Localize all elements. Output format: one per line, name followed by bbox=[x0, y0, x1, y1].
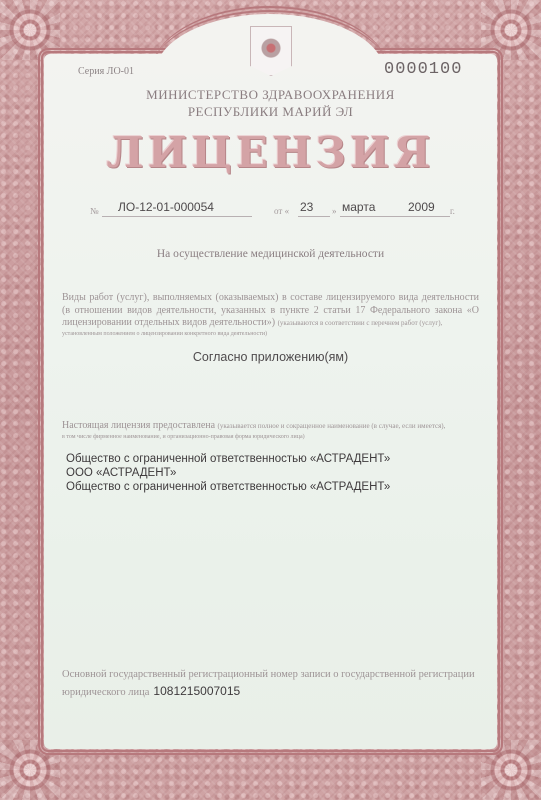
licensee-section: Настоящая лицензия предоставлена (указыв… bbox=[62, 420, 479, 443]
licensee-short-name: ООО «АСТРАДЕНТ» bbox=[66, 466, 390, 480]
month-year-underline bbox=[340, 216, 450, 217]
document-title: ЛИЦЕНЗИЯ bbox=[0, 128, 541, 177]
ogrn-label-line1: Основной государственный регистрационный… bbox=[62, 666, 479, 683]
day-underline bbox=[298, 216, 330, 217]
licensee-names: Общество с ограниченной ответственностью… bbox=[66, 452, 390, 494]
ogrn-label-line2: юридического лица bbox=[62, 687, 149, 698]
licensee-full-name: Общество с ограниченной ответственностью… bbox=[66, 452, 390, 466]
day-close-quote: » bbox=[332, 206, 337, 216]
date-from-label: от « bbox=[274, 206, 289, 216]
ogrn-value: 1081215007015 bbox=[153, 684, 240, 698]
licensee-label: Настоящая лицензия предоставлена bbox=[62, 420, 215, 431]
license-year: 2009 bbox=[408, 200, 435, 214]
authority-line-2: РЕСПУБЛИКИ МАРИЙ ЭЛ bbox=[0, 103, 541, 120]
works-note: (указываются в соответствии с перечнем р… bbox=[278, 319, 443, 327]
year-suffix: г. bbox=[450, 206, 455, 216]
licensee-note: (указывается полное и сокращенное наимен… bbox=[218, 422, 446, 430]
issuing-authority: МИНИСТЕРСТВО ЗДРАВООХРАНЕНИЯ РЕСПУБЛИКИ … bbox=[0, 86, 541, 120]
license-month: марта bbox=[342, 200, 375, 214]
licensee-note-line2: в том числе фирменное наименование, и ор… bbox=[62, 432, 479, 443]
number-underline bbox=[102, 216, 252, 217]
eagle-icon bbox=[260, 36, 282, 58]
works-note-line2: установленным положением о лицензировани… bbox=[62, 330, 479, 338]
works-section: Виды работ (услуг), выполняемых (оказыва… bbox=[62, 292, 479, 338]
license-day: 23 bbox=[300, 200, 313, 214]
ogrn-section: Основной государственный регистрационный… bbox=[62, 666, 479, 701]
coat-of-arms-icon bbox=[250, 26, 292, 76]
licensee-brand-name: Общество с ограниченной ответственностью… bbox=[66, 480, 390, 494]
license-purpose: На осуществление медицинской деятельност… bbox=[0, 248, 541, 260]
works-value: Согласно приложению(ям) bbox=[0, 350, 541, 364]
authority-line-1: МИНИСТЕРСТВО ЗДРАВООХРАНЕНИЯ bbox=[0, 86, 541, 103]
license-registration-row: № ЛО-12-01-000054 от « 23 » марта 2009 г… bbox=[86, 200, 466, 218]
series-label: Серия ЛО-01 bbox=[78, 66, 134, 77]
form-number: 0000100 bbox=[384, 60, 462, 79]
license-number: ЛО-12-01-000054 bbox=[118, 200, 214, 214]
number-prefix: № bbox=[90, 206, 99, 216]
